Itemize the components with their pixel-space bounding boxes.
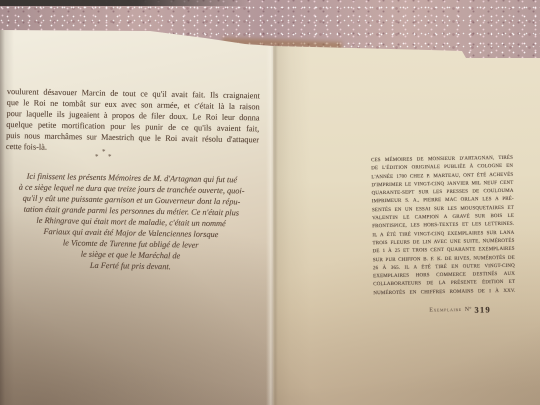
- photo-open-book: voulurent désavouer Marcin de tout ce qu…: [0, 0, 540, 405]
- dark-edge-strip: [0, 0, 250, 6]
- asterisk-icon: *: [102, 149, 106, 156]
- numero-abbreviation: N°: [465, 307, 472, 313]
- asterisk-icon: *: [108, 154, 112, 161]
- stamped-copy-number: 319: [474, 304, 491, 314]
- asterisk-icon: *: [95, 154, 99, 161]
- right-page-colophon: CES MÉMOIRES DE MONSIEUR D'ARTAGNAN, TIR…: [371, 155, 515, 299]
- left-page-italic-colophon: Ici finissent les présents Mémoires de M…: [0, 170, 278, 274]
- copy-number-line: Exemplaire N° 319: [410, 302, 510, 314]
- asterism-ornament: * * *: [95, 149, 113, 162]
- exemplaire-label: Exemplaire: [429, 307, 462, 314]
- left-page-paragraph: voulurent désavouer Marcin de tout ce qu…: [6, 86, 260, 156]
